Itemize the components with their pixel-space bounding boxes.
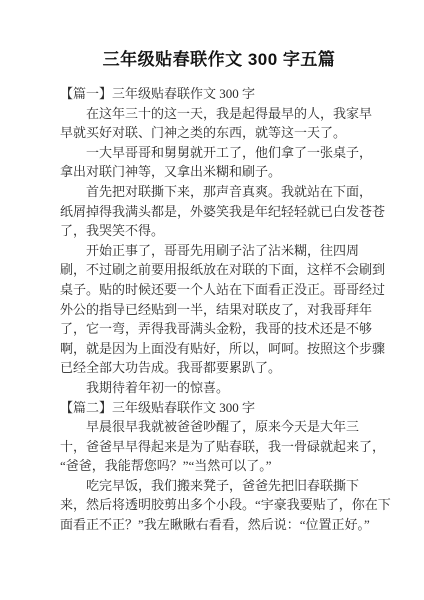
- section-2-paragraph-1: 早晨很早我就被爸爸吵醒了，原来今天是大年三 十，爸爸早早得起来是为了贴春联，我一…: [60, 417, 398, 476]
- section-1-header: 【篇一】三年级贴春联作文 300 字: [60, 84, 398, 104]
- document-page: 三年级贴春联作文 300 字五篇 【篇一】三年级贴春联作文 300 字 在这年三…: [0, 0, 424, 600]
- section-2-paragraph-2: 吃完早饭，我们搬来凳子，爸爸先把旧春联撕下 来，然后将透明胶剪出多个小段。“宇豪…: [60, 476, 398, 535]
- essay-section-2: 【篇二】三年级贴春联作文 300 字 早晨很早我就被爸爸吵醒了，原来今天是大年三…: [60, 398, 398, 535]
- document-title: 三年级贴春联作文 300 字五篇: [0, 47, 424, 73]
- section-1-paragraph-5: 我期待着年初一的惊喜。: [60, 378, 398, 398]
- section-1-paragraph-2: 一大早哥哥和舅舅就开工了，他们拿了一张桌子， 拿出对联门神等，又拿出米糊和刷子。: [60, 143, 398, 182]
- essay-section-1: 【篇一】三年级贴春联作文 300 字 在这年三十的这一天，我是起得最早的人，我家…: [60, 84, 398, 398]
- section-2-header: 【篇二】三年级贴春联作文 300 字: [60, 398, 398, 418]
- section-1-paragraph-1: 在这年三十的这一天，我是起得最早的人，我家早 早就买好对联、门神之类的东西，就等…: [60, 104, 398, 143]
- section-1-paragraph-3: 首先把对联撕下来，那声音真爽。我就站在下面， 纸屑掉得我满头都是，外婆笑我是年纪…: [60, 182, 398, 241]
- section-1-paragraph-4: 开始正事了，哥哥先用刷子沾了沾米糊，往四周 刷，不过刷之前要用报纸放在对联的下面…: [60, 241, 398, 378]
- document-body: 【篇一】三年级贴春联作文 300 字 在这年三十的这一天，我是起得最早的人，我家…: [60, 84, 398, 535]
